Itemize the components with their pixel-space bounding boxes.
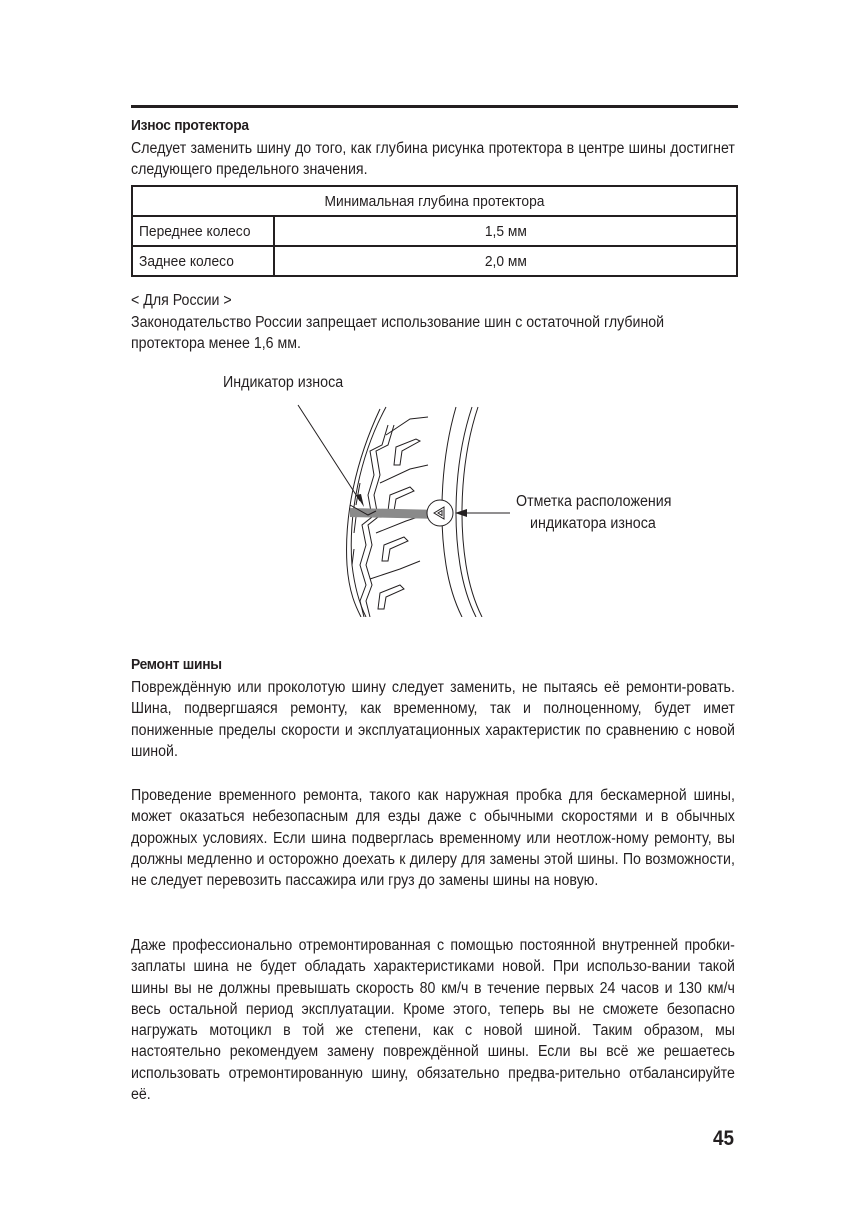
heading-tread-wear: Износ протектора [131,117,249,134]
tread-depth-table: Минимальная глубина протектора Переднее … [131,185,738,277]
tire-illustration [210,365,710,625]
row-label-rear: Заднее колесо [132,246,274,276]
top-rule [131,105,738,108]
paragraph-repair-2: Проведение временного ремонта, такого ка… [131,785,735,891]
table-row: Переднее колесо 1,5 мм [132,216,737,246]
row-value-front: 1,5 мм [274,216,737,246]
heading-tire-repair: Ремонт шины [131,656,222,673]
page-number: 45 [713,1127,734,1151]
russia-note-text: Законодательство России запрещает исполь… [131,312,717,355]
table-header: Минимальная глубина протектора [132,186,737,216]
paragraph-tread-intro: Следует заменить шину до того, как глуби… [131,138,735,181]
paragraph-repair-1: Повреждённую или проколотую шину следует… [131,677,735,762]
russia-note-title: < Для России > [131,290,735,311]
tire-wear-indicator-figure: Индикатор износа Отметка расположения ин… [210,365,710,625]
row-label-front: Переднее колесо [132,216,274,246]
paragraph-repair-3: Даже профессионально отремонтированная с… [131,935,735,1105]
row-value-rear: 2,0 мм [274,246,737,276]
table-row: Заднее колесо 2,0 мм [132,246,737,276]
